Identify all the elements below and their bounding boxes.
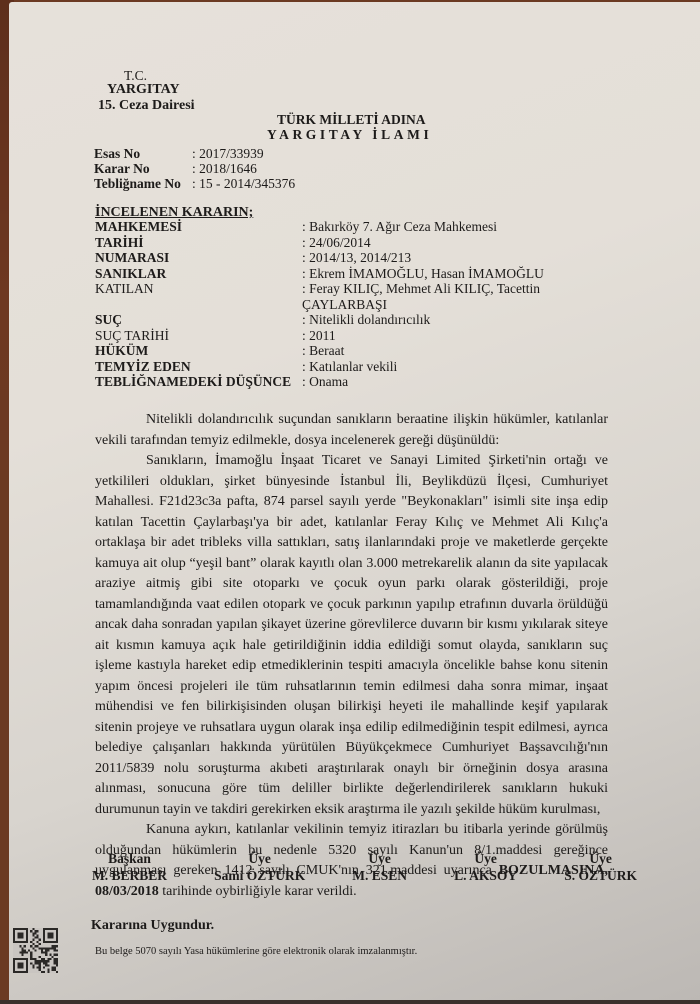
- field-row: TEMYİZ EDEN: Katılanlar vekili: [95, 359, 602, 375]
- field-value: : Bakırköy 7. Ağır Ceza Mahkemesi: [302, 219, 602, 235]
- member-role: Üye: [454, 850, 517, 867]
- qr-code-icon: [13, 928, 58, 973]
- field-value: : Feray KILIÇ, Mehmet Ali KILIÇ, Tacetti…: [302, 281, 602, 312]
- field-value: : 24/06/2014: [302, 235, 602, 251]
- case-number-value: : 2018/1646: [192, 161, 257, 176]
- case-number-row: Esas No : 2017/33939: [94, 146, 295, 161]
- case-numbers: Esas No : 2017/33939 Karar No : 2018/164…: [94, 146, 295, 191]
- field-label: TEBLİĞNAMEDEKİ DÜŞÜNCE: [95, 374, 302, 390]
- header-in-the-name: TÜRK MİLLETİ ADINA: [277, 112, 426, 128]
- header-chamber: 15. Ceza Dairesi: [98, 98, 195, 114]
- case-number-row: Karar No : 2018/1646: [94, 161, 295, 176]
- approval-stamp: Kararına Uygundur.: [91, 918, 214, 934]
- field-value: : Beraat: [302, 343, 602, 359]
- decision-body: Nitelikli dolandırıcılık suçundan sanıkl…: [95, 410, 608, 902]
- field-value: : Katılanlar vekili: [302, 359, 602, 375]
- field-row: SANIKLAR: Ekrem İMAMOĞLU, Hasan İMAMOĞLU: [95, 266, 602, 282]
- field-label: SANIKLAR: [95, 266, 302, 282]
- member-name: Sami ÖZTÜRK: [214, 867, 305, 884]
- member-name: M. BERBER: [92, 867, 167, 884]
- field-row: NUMARASI: 2014/13, 2014/213: [95, 250, 602, 266]
- field-label: HÜKÜM: [95, 343, 302, 359]
- member-role: Üye: [352, 850, 407, 867]
- panel-member: ÜyeSami ÖZTÜRK: [214, 850, 305, 884]
- case-number-label: Karar No: [94, 161, 192, 176]
- field-row: SUÇ TARİHİ: 2011: [95, 328, 602, 344]
- field-label: TEMYİZ EDEN: [95, 359, 302, 375]
- member-name: S. ÖZTÜRK: [564, 867, 637, 884]
- member-role: Başkan: [92, 850, 167, 867]
- case-number-row: Tebliğname No : 15 - 2014/345376: [94, 176, 295, 191]
- member-name: L. AKSOY: [454, 867, 517, 884]
- case-number-value: : 2017/33939: [192, 146, 264, 161]
- panel-member: ÜyeL. AKSOY: [454, 850, 517, 884]
- field-value: : 2014/13, 2014/213: [302, 250, 602, 266]
- field-label: SUÇ: [95, 312, 302, 328]
- field-row: SUÇ: Nitelikli dolandırıcılık: [95, 312, 602, 328]
- field-label: TARİHİ: [95, 235, 302, 251]
- body-paragraph: Sanıkların, İmamoğlu İnşaat Ticaret ve S…: [95, 451, 608, 820]
- body-paragraph: Nitelikli dolandırıcılık suçundan sanıkl…: [95, 410, 608, 451]
- member-role: Üye: [214, 850, 305, 867]
- field-row: MAHKEMESİ: Bakırköy 7. Ağır Ceza Mahkeme…: [95, 219, 602, 235]
- field-label: NUMARASI: [95, 250, 302, 266]
- field-value: : 2011: [302, 328, 602, 344]
- table-edge: [0, 1000, 700, 1004]
- field-row: TEBLİĞNAMEDEKİ DÜŞÜNCE: Onama: [95, 374, 602, 390]
- document-title: YARGITAY İLAMI: [267, 127, 432, 143]
- field-value: : Onama: [302, 374, 602, 390]
- panel-member: BaşkanM. BERBER: [92, 850, 167, 884]
- header-court: YARGITAY: [107, 82, 180, 98]
- field-label: SUÇ TARİHİ: [95, 328, 302, 344]
- field-row: HÜKÜM: Beraat: [95, 343, 602, 359]
- panel-member: ÜyeM. ESEN: [352, 850, 407, 884]
- field-label: KATILAN: [95, 281, 302, 312]
- member-name: M. ESEN: [352, 867, 407, 884]
- field-label: MAHKEMESİ: [95, 219, 302, 235]
- field-row: KATILAN: Feray KILIÇ, Mehmet Ali KILIÇ, …: [95, 281, 602, 312]
- field-row: TARİHİ: 24/06/2014: [95, 235, 602, 251]
- body-text: tarihinde oybirliğiyle karar verildi.: [159, 884, 357, 899]
- judges-panel: BaşkanM. BERBER ÜyeSami ÖZTÜRK ÜyeM. ESE…: [92, 850, 637, 884]
- case-number-label: Esas No: [94, 146, 192, 161]
- case-number-label: Tebliğname No: [94, 176, 192, 191]
- panel-member: ÜyeS. ÖZTÜRK: [564, 850, 637, 884]
- field-value: : Ekrem İMAMOĞLU, Hasan İMAMOĞLU: [302, 266, 602, 282]
- member-role: Üye: [564, 850, 637, 867]
- field-value: : Nitelikli dolandırıcılık: [302, 312, 602, 328]
- e-signature-note: Bu belge 5070 sayılı Yasa hükümlerine gö…: [95, 946, 417, 957]
- case-number-value: : 15 - 2014/345376: [192, 176, 295, 191]
- reviewed-decision-fields: MAHKEMESİ: Bakırköy 7. Ağır Ceza Mahkeme…: [95, 219, 602, 390]
